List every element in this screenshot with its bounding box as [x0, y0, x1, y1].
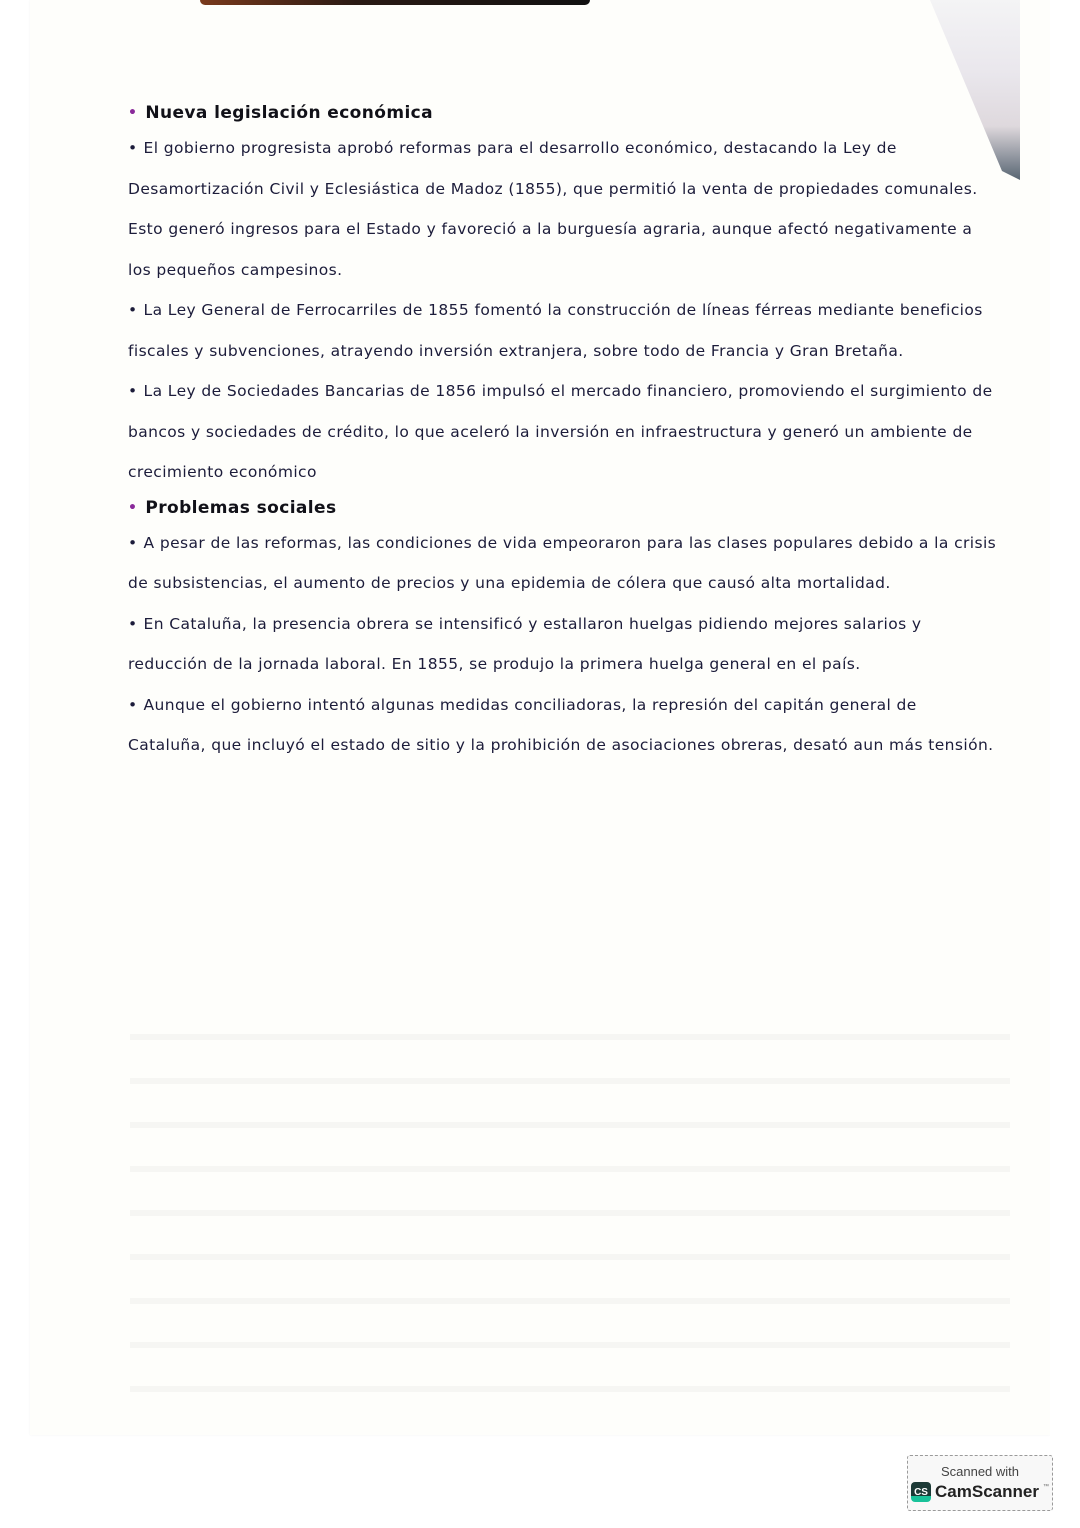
page-margin — [1050, 0, 1080, 1528]
camscanner-watermark: Scanned with CS CamScanner ™ — [907, 1455, 1053, 1511]
watermark-caption: Scanned with — [941, 1464, 1019, 1480]
bullet-icon: • — [128, 615, 138, 633]
watermark-brand: CamScanner — [935, 1482, 1039, 1502]
bullet-icon: • — [128, 382, 138, 400]
paragraph-text: La Ley General de Ferrocarriles de 1855 … — [128, 301, 983, 360]
heading-text: Problemas sociales — [145, 493, 336, 523]
camscanner-logo-icon: CS — [911, 1482, 931, 1502]
paragraph-living-conditions: •A pesar de las reformas, las condicione… — [128, 523, 998, 604]
scan-edge-artifact — [200, 0, 590, 5]
paragraph-text: A pesar de las reformas, las condiciones… — [128, 534, 996, 593]
paragraph-railways: •La Ley General de Ferrocarriles de 1855… — [128, 290, 998, 371]
heading-text: Nueva legislación económica — [145, 98, 433, 128]
handwritten-notes: • Nueva legislación económica •El gobier… — [128, 98, 998, 766]
trademark-symbol: ™ — [1043, 1484, 1049, 1490]
section-social-problems: • Problemas sociales •A pesar de las ref… — [128, 493, 998, 766]
bullet-icon: • — [128, 301, 138, 319]
bullet-icon: • — [128, 696, 138, 714]
paragraph-text: Aunque el gobierno intentó algunas medid… — [128, 696, 994, 755]
paragraph-banking: •La Ley de Sociedades Bancarias de 1856 … — [128, 371, 998, 493]
watermark-brand-row: CS CamScanner ™ — [911, 1482, 1049, 1502]
bullet-icon: • — [128, 139, 138, 157]
paragraph-catalonia-strikes: •En Cataluña, la presencia obrera se int… — [128, 604, 998, 685]
bleed-through-text — [130, 1000, 1010, 1420]
paragraph-text: La Ley de Sociedades Bancarias de 1856 i… — [128, 382, 993, 481]
bullet-icon: • — [128, 98, 137, 128]
paragraph-text: En Cataluña, la presencia obrera se inte… — [128, 615, 922, 674]
section-heading: • Nueva legislación económica — [128, 98, 998, 128]
paragraph-text: El gobierno progresista aprobó reformas … — [128, 139, 978, 279]
bullet-icon: • — [128, 493, 137, 523]
paragraph-madoz: •El gobierno progresista aprobó reformas… — [128, 128, 998, 290]
bullet-icon: • — [128, 534, 138, 552]
paragraph-repression: •Aunque el gobierno intentó algunas medi… — [128, 685, 998, 766]
section-economic-legislation: • Nueva legislación económica •El gobier… — [128, 98, 998, 493]
section-heading: • Problemas sociales — [128, 493, 998, 523]
